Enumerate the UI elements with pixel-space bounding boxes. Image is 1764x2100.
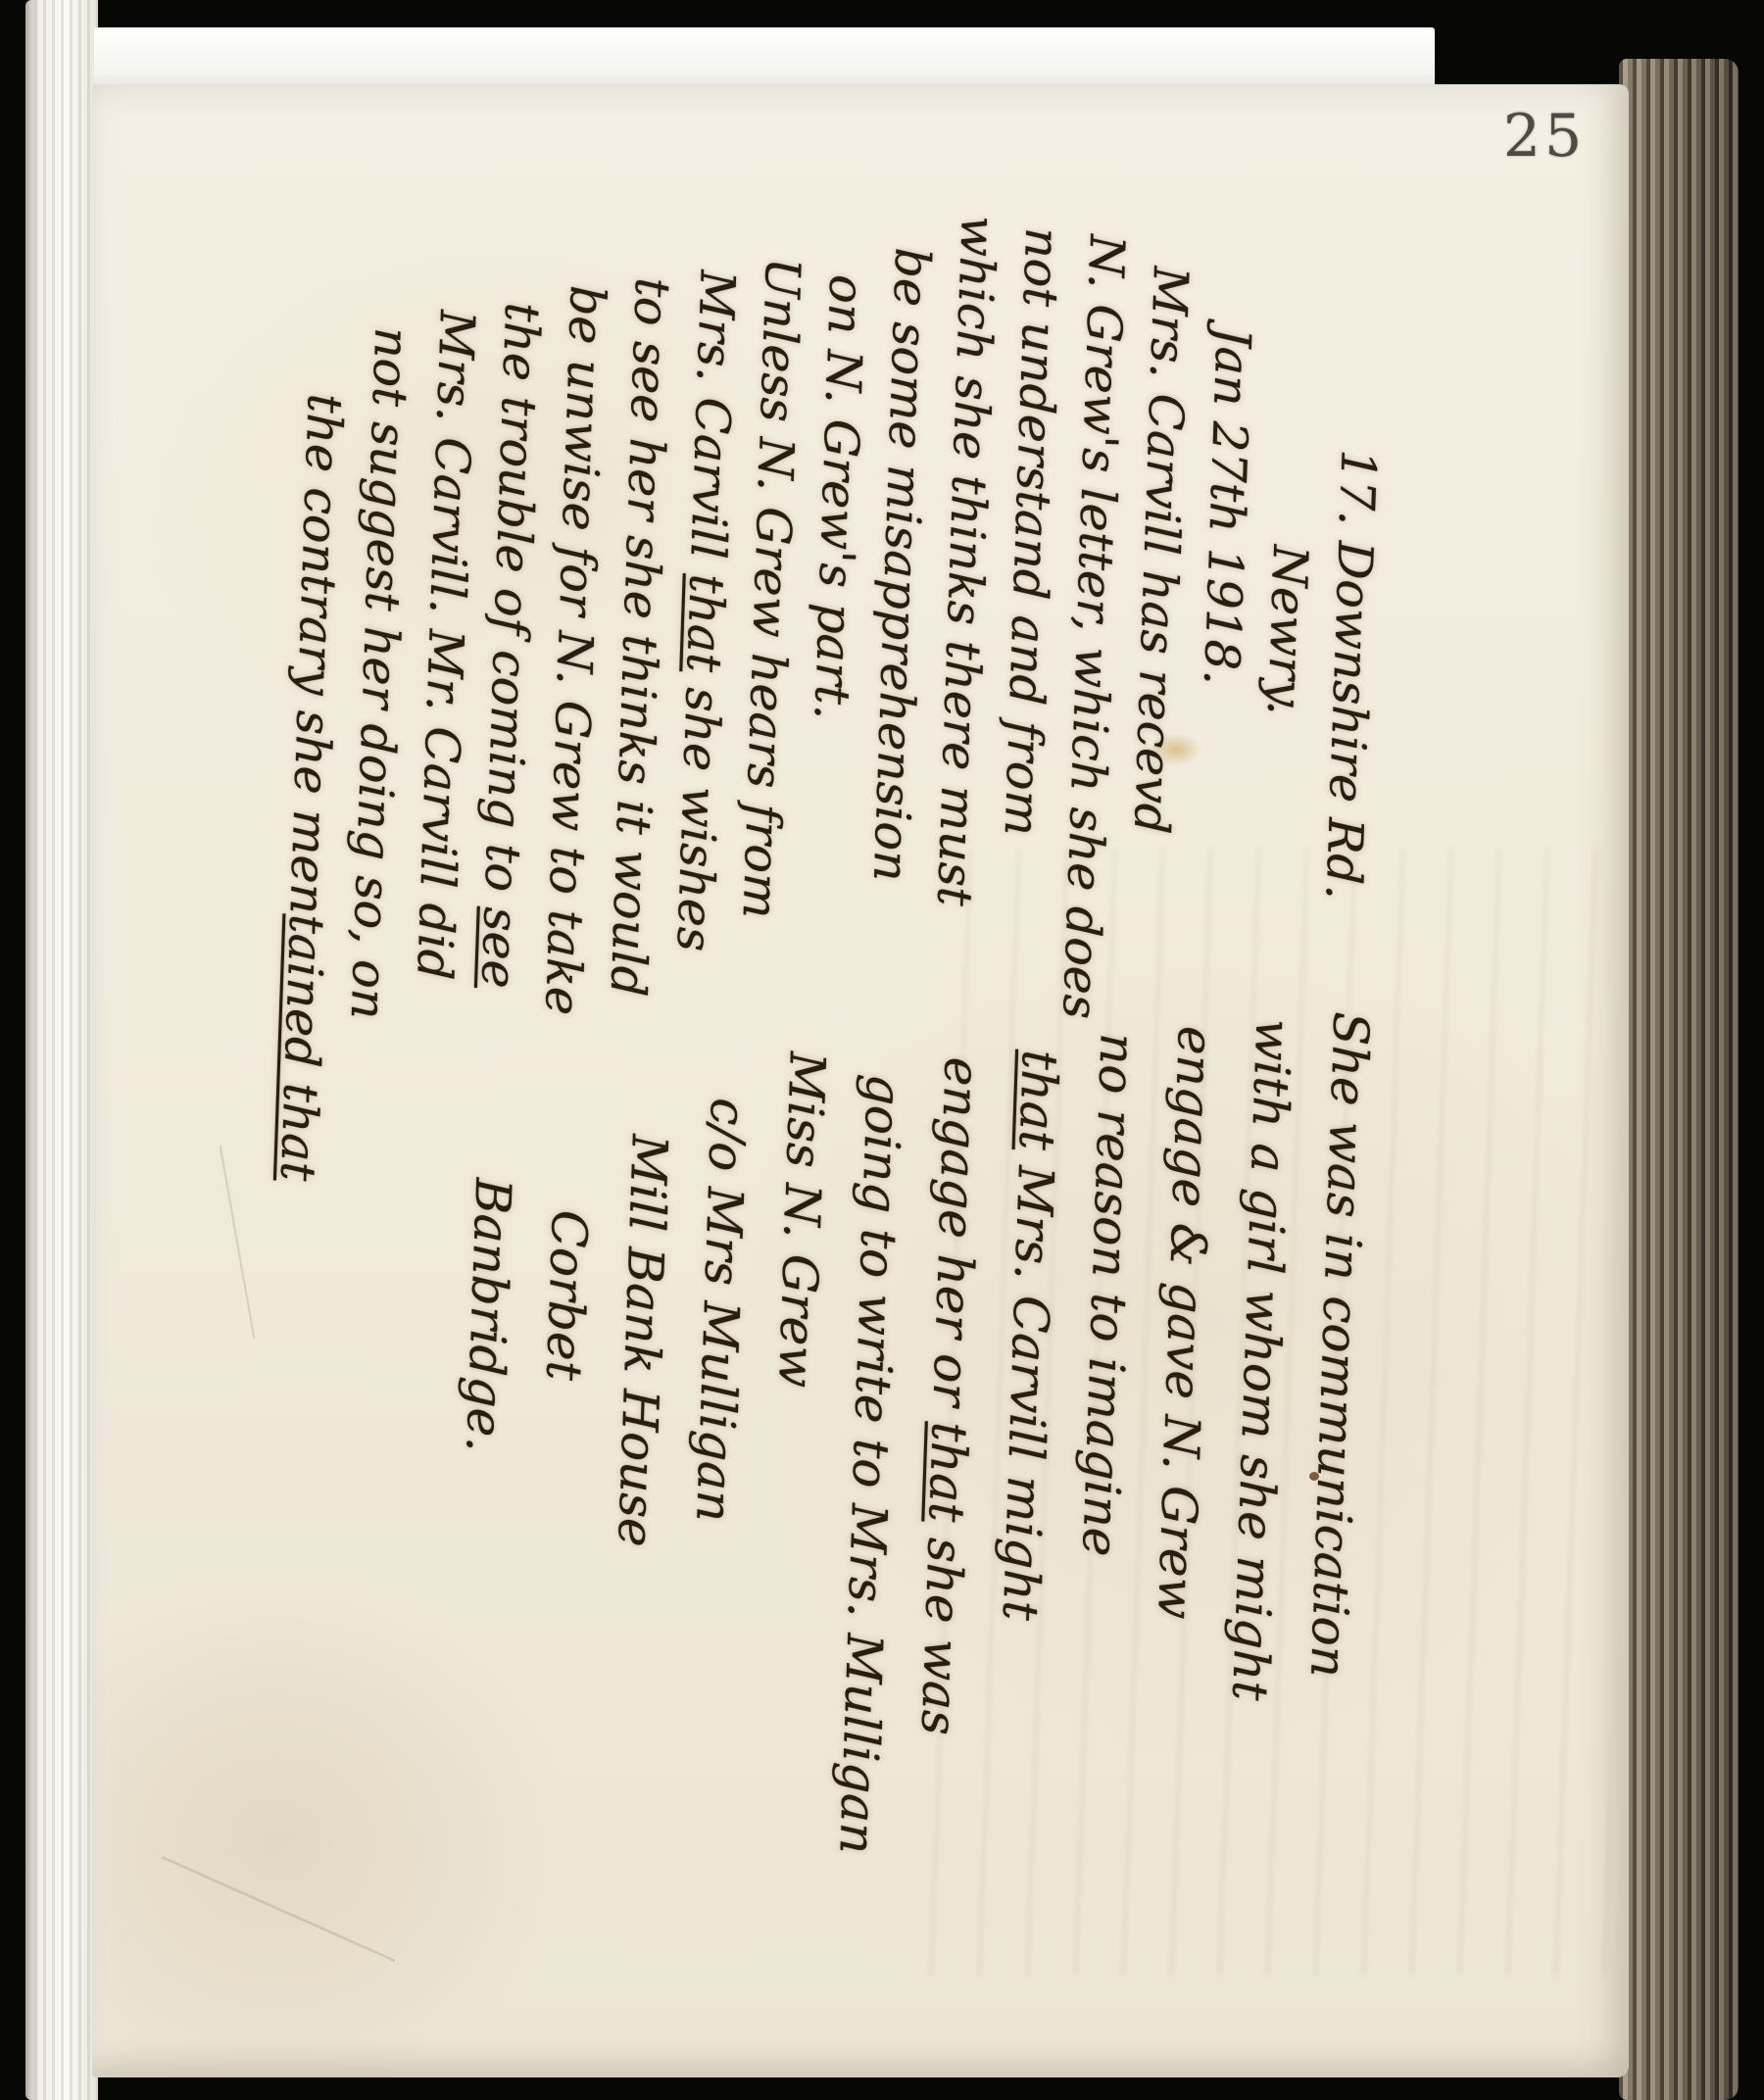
manuscript-text-segment: no reason to imagine	[1071, 1032, 1147, 1557]
manuscript-text-segment: c/o Mrs Mulligan	[685, 1097, 757, 1523]
manuscript-text-segment: she wishes	[665, 671, 731, 952]
underlined-word: that	[917, 1421, 978, 1523]
manuscript-text-segment: with a girl whom she might	[1221, 1018, 1301, 1702]
manuscript-text-segment: Mrs. Carvill	[679, 269, 746, 575]
manuscript-text-segment: engage her or	[921, 1056, 991, 1423]
manuscript-text-segment: Newry.	[1256, 544, 1318, 716]
manuscript-text-segment: 17. Downshire Rd.	[1315, 449, 1387, 902]
manuscript-text-segment: Banbridge.	[455, 1177, 521, 1453]
manuscript-text-segment: she was	[910, 1521, 975, 1735]
letter-lower-block: She was in communicationwith a girl whom…	[425, 971, 1390, 2041]
manuscript-text-segment: Miss N. Grew	[767, 1050, 836, 1389]
book-page-edges-right	[1619, 59, 1739, 2100]
manuscript-text-segment: She was in communication	[1299, 1011, 1380, 1679]
underlined-word: tained that	[269, 913, 334, 1182]
manuscript-text-segment: on N. Grew's part.	[804, 273, 875, 720]
paper-crease	[219, 1146, 256, 1339]
book-scan: { "page": { "number": "25" }, "colors": …	[0, 0, 1764, 2100]
page-number: 25	[1476, 102, 1613, 171]
manuscript-text-segment: Corbet	[535, 1209, 598, 1382]
manuscript-text-segment: Mill Bank House	[607, 1134, 678, 1548]
underlying-page-edge-top	[94, 27, 1435, 92]
book-page-edge-left	[25, 0, 98, 2100]
paper-crease	[161, 1855, 395, 1962]
manuscript-text-segment: Mrs. Carvill might	[992, 1149, 1065, 1622]
manuscript-text-segment: engage & gave N. Grew	[1147, 1025, 1224, 1620]
underlined-word: that	[1008, 1050, 1069, 1151]
underlined-word: that	[675, 573, 734, 673]
manuscript-text-segment: Jan 27th 1918.	[1193, 326, 1261, 686]
